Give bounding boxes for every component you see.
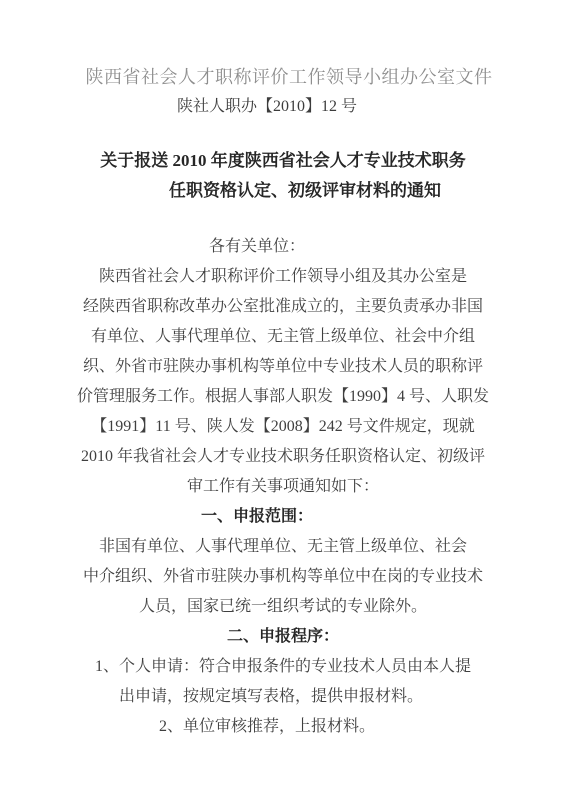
paragraph-line: 价管理服务工作。根据人事部人职发【1990】4 号、人职发 — [0, 382, 566, 412]
section-2-heading: 二、申报程序： — [0, 622, 566, 652]
paragraph-line: 2010 年我省社会人才专业技术职务任职资格认定、初级评 — [0, 442, 566, 472]
subject-title-line-1: 关于报送 2010 年度陕西省社会人才专业技术职务 — [0, 146, 566, 176]
subject-title: 关于报送 2010 年度陕西省社会人才专业技术职务 任职资格认定、初级评审材料的… — [0, 146, 566, 206]
paragraph-line: 有单位、人事代理单位、无主管上级单位、社会中介组 — [0, 322, 566, 352]
subject-title-line-2: 任职资格认定、初级评审材料的通知 — [22, 176, 566, 206]
paragraph-line: 经陕西省职称改革办公室批准成立的，主要负责承办非国 — [0, 292, 566, 322]
paragraph-line: 审工作有关事项通知如下： — [0, 472, 566, 502]
salutation-line: 各有关单位： — [0, 232, 540, 262]
paragraph-line: 人员，国家已统一组织考试的专业除外。 — [0, 592, 566, 622]
document-number: 陕社人职办【2010】12 号 — [0, 92, 550, 122]
document-page: 陕西省社会人才职称评价工作领导小组办公室文件 陕社人职办【2010】12 号 关… — [0, 0, 566, 800]
document-body: 各有关单位： 陕西省社会人才职称评价工作领导小组及其办公室是 经陕西省职称改革办… — [0, 232, 566, 742]
letterhead-title: 陕西省社会人才职称评价工作领导小组办公室文件 — [6, 62, 566, 92]
paragraph-line: 中介组织、外省市驻陕办事机构等单位中在岗的专业技术 — [0, 562, 566, 592]
paragraph-line: 织、外省市驻陕办事机构等单位中专业技术人员的职称评 — [0, 352, 566, 382]
paragraph-line: 【1991】11 号、陕人发【2008】242 号文件规定，现就 — [0, 412, 566, 442]
section-1-heading: 一、申报范围： — [0, 502, 540, 532]
paragraph-line: 陕西省社会人才职称评价工作领导小组及其办公室是 — [0, 262, 566, 292]
list-item-line: 出申请，按规定填写表格，提供申报材料。 — [0, 682, 554, 712]
paragraph-line: 非国有单位、人事代理单位、无主管上级单位、社会 — [0, 532, 566, 562]
list-item-line: 1、个人申请：符合申报条件的专业技术人员由本人提 — [0, 652, 566, 682]
list-item-line: 2、单位审核推荐，上报材料。 — [0, 712, 550, 742]
